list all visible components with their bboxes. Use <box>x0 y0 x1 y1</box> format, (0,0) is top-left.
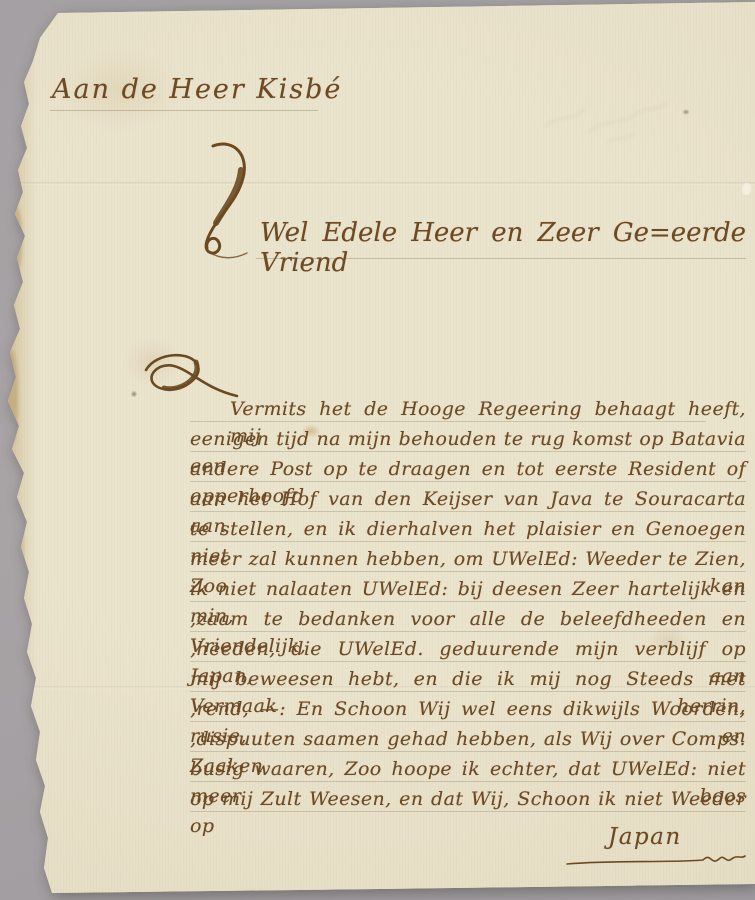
horizontal-fold-crease <box>0 182 755 185</box>
body-line: ‚heeden, die UWelEd. geduurende mijn ver… <box>190 636 746 666</box>
letter-page: Aan de Heer Kisbé Wel Edele Heer en Zeer… <box>0 0 755 900</box>
torn-fiber <box>14 520 24 580</box>
guideline-rule <box>256 258 746 259</box>
guideline-rule <box>50 110 318 111</box>
body-line: ‚dispuuten saamen gehad hebben, als Wij … <box>190 726 746 756</box>
body-line: eenigen tijd na mijn behouden te rug kom… <box>190 426 746 456</box>
salutation-line: Wel Edele Heer en Zeer Ge=eerde Vriend <box>260 218 746 278</box>
paper-chip-mark <box>742 183 751 195</box>
letter-body: Vermits het de Hooge Regeering behaagt h… <box>190 396 746 816</box>
torn-fiber <box>4 205 22 275</box>
ink-showthrough-ghost <box>538 92 688 152</box>
pen-flourish-icon <box>140 350 240 402</box>
torn-left-edge <box>0 0 36 900</box>
torn-fiber <box>2 350 18 445</box>
body-line: andere Post op te draagen en tot eerste … <box>190 456 746 486</box>
scanned-letter-photo: { "document": { "address_line": "Aan de … <box>0 0 755 900</box>
body-line: mij beweesen hebt, en die ik mij nog Ste… <box>190 666 746 696</box>
body-line: aan het Hof van den Keijser van Java te … <box>190 486 746 516</box>
body-line: ‚rend, —: En Schoon Wij wel eens dikwijl… <box>190 696 746 726</box>
pen-flourish-icon <box>183 140 255 262</box>
catchword-underline-flourish-icon <box>565 850 747 872</box>
address-line: Aan de Heer Kisbé <box>52 74 342 105</box>
body-line: busig waaren, Zoo hoope ik echter, dat U… <box>190 756 746 786</box>
body-line: te stellen, en ik dierhalven het plaisie… <box>190 516 746 546</box>
body-line: ik niet nalaaten UWelEd: bij deesen Zeer… <box>190 576 746 606</box>
body-line: ‚zaam te bedanken voor alle de beleefdhe… <box>190 606 746 636</box>
catchword-japan: Japan <box>608 824 682 850</box>
body-line: op mij Zult Weesen, en dat Wij, Schoon i… <box>190 786 746 816</box>
body-line: meer zal kunnen hebben, om UWelEd: Weede… <box>190 546 746 576</box>
body-line: Vermits het de Hooge Regeering behaagt h… <box>190 396 746 426</box>
letter-page-wrapper: Aan de Heer Kisbé Wel Edele Heer en Zeer… <box>0 0 755 900</box>
